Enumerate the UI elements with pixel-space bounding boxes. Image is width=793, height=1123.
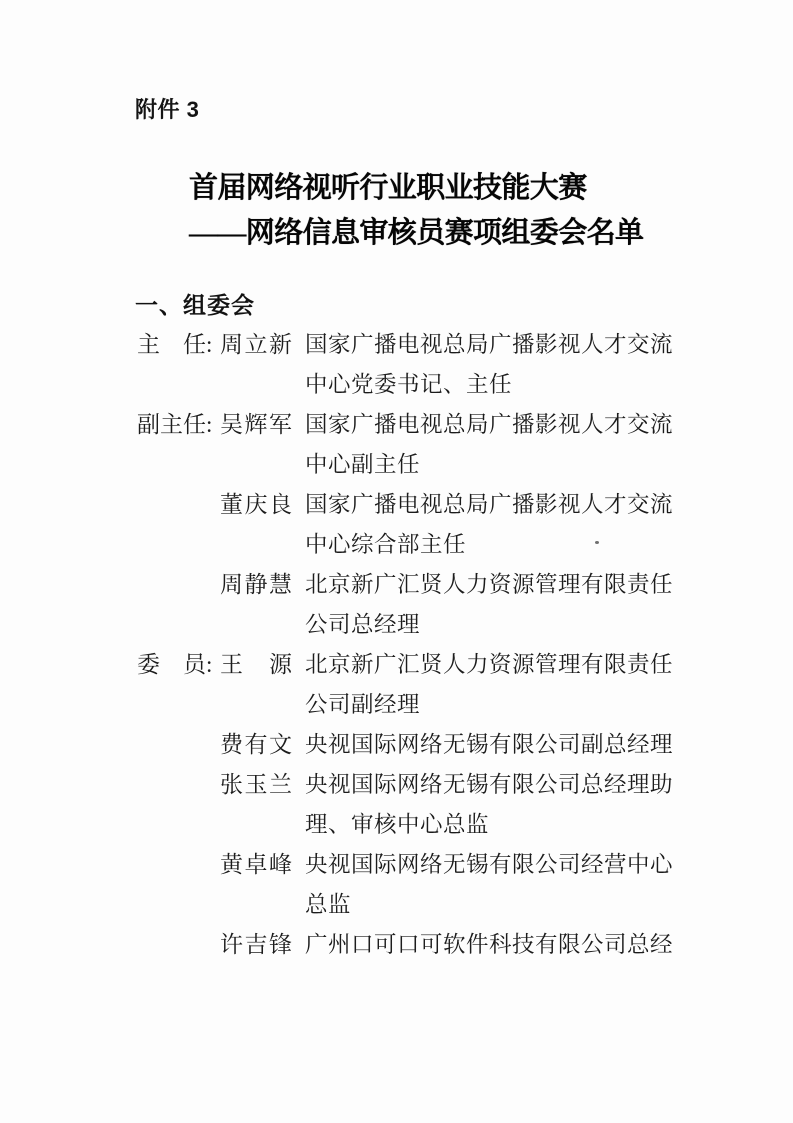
member-name: 周立新 xyxy=(220,325,305,365)
scan-artifact-dot xyxy=(595,541,599,544)
member-title: 央视国际网络无锡有限公司经营中心总监 xyxy=(305,845,681,925)
committee-row: 董庆良 国家广播电视总局广播影视人才交流中心综合部主任 xyxy=(137,485,682,565)
attachment-label: 附件 3 xyxy=(135,98,199,122)
member-name: 黄卓峰 xyxy=(220,845,305,885)
member-title: 北京新广汇贤人力资源管理有限责任公司副经理 xyxy=(305,645,681,725)
member-name: 王 源 xyxy=(220,645,305,685)
member-name: 费有文 xyxy=(220,725,305,765)
document-title-line-2: ——网络信息审核员赛项组委会名单 xyxy=(189,211,643,256)
member-title: 国家广播电视总局广播影视人才交流中心综合部主任 xyxy=(305,485,681,565)
document-title: 首届网络视听行业职业技能大赛 ——网络信息审核员赛项组委会名单 xyxy=(189,166,643,256)
section-heading-organizing-committee: 一、组委会 xyxy=(135,291,255,319)
committee-row: 费有文 央视国际网络无锡有限公司副总经理 xyxy=(137,725,682,765)
member-name: 许吉锋 xyxy=(220,925,305,965)
committee-row: 许吉锋 广州口可口可软件科技有限公司总经 xyxy=(137,925,682,965)
member-title: 央视国际网络无锡有限公司总经理助理、审核中心总监 xyxy=(305,765,681,845)
document-title-line-1: 首届网络视听行业职业技能大赛 xyxy=(189,166,643,211)
member-name: 吴辉军 xyxy=(220,405,305,445)
scanned-document-page: 附件 3 首届网络视听行业职业技能大赛 ——网络信息审核员赛项组委会名单 一、组… xyxy=(0,0,793,1123)
committee-row: 周静慧 北京新广汇贤人力资源管理有限责任公司总经理 xyxy=(137,565,682,645)
committee-row: 黄卓峰 央视国际网络无锡有限公司经营中心总监 xyxy=(137,845,682,925)
committee-row: 主 任: 周立新 国家广播电视总局广播影视人才交流中心党委书记、主任 xyxy=(137,325,682,405)
member-title: 广州口可口可软件科技有限公司总经 xyxy=(305,925,681,965)
member-title: 北京新广汇贤人力资源管理有限责任公司总经理 xyxy=(305,565,681,645)
committee-row: 张玉兰 央视国际网络无锡有限公司总经理助理、审核中心总监 xyxy=(137,765,682,845)
member-title: 国家广播电视总局广播影视人才交流中心党委书记、主任 xyxy=(305,325,681,405)
member-name: 周静慧 xyxy=(220,565,305,605)
committee-member-list: 主 任: 周立新 国家广播电视总局广播影视人才交流中心党委书记、主任 副主任: … xyxy=(137,325,682,965)
role-label: 主 任: xyxy=(137,325,220,365)
member-title: 国家广播电视总局广播影视人才交流中心副主任 xyxy=(305,405,681,485)
member-title: 央视国际网络无锡有限公司副总经理 xyxy=(305,725,681,765)
member-name: 董庆良 xyxy=(220,485,305,525)
committee-row: 副主任: 吴辉军 国家广播电视总局广播影视人才交流中心副主任 xyxy=(137,405,682,485)
committee-row: 委 员: 王 源 北京新广汇贤人力资源管理有限责任公司副经理 xyxy=(137,645,682,725)
role-label: 委 员: xyxy=(137,645,220,685)
member-name: 张玉兰 xyxy=(220,765,305,805)
role-label: 副主任: xyxy=(137,405,220,445)
